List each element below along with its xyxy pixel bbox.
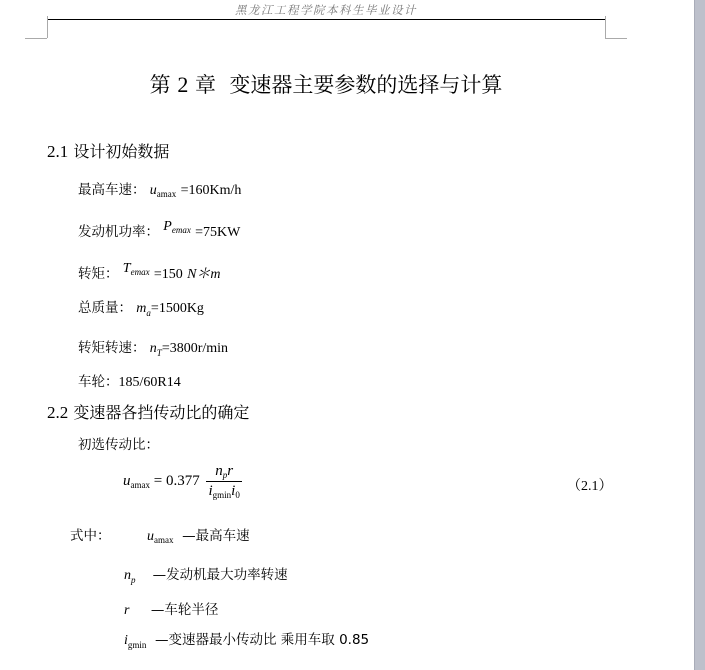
param-subscript: T <box>157 348 162 358</box>
formula-numerator: npr <box>206 463 241 482</box>
formula-lhs-subscript: amax <box>131 480 151 490</box>
param-total-mass: 总质量： ma=1500Kg <box>78 296 204 317</box>
param-value: =150 <box>154 267 183 282</box>
param-symbol: P <box>163 219 172 234</box>
param-value: 185/60R14 <box>119 375 181 390</box>
formula-denominator: igmini0 <box>206 482 241 500</box>
param-value: =75KW <box>195 225 240 240</box>
intro-text: 初选传动比： <box>78 433 159 453</box>
param-engine-power: 发动机功率： Pemax =75KW <box>78 220 240 241</box>
chapter-number: 2 <box>177 72 188 97</box>
section-heading-2-2: 2.2 变速器各挡传动比的确定 <box>47 400 249 423</box>
definition-subscript: p <box>131 575 136 585</box>
margin-corner-mark-right <box>605 38 627 39</box>
param-label: 总质量： <box>78 300 132 316</box>
margin-corner-mark-left <box>25 38 47 39</box>
param-subscript: emax <box>172 225 191 235</box>
section-number: 2.2 <box>47 403 68 422</box>
param-symbol: u <box>150 183 157 198</box>
definition-symbol: n <box>124 568 131 583</box>
chapter-prefix: 第 <box>150 73 171 97</box>
where-label: 式中： <box>70 524 111 544</box>
chapter-suffix: 章 <box>195 73 216 97</box>
formula-coefficient: = 0.377 <box>154 473 200 489</box>
param-label: 转矩： <box>78 266 119 282</box>
param-unit: N＊m <box>187 267 220 282</box>
param-torque-speed: 转矩转速： nT=3800r/min <box>78 336 228 357</box>
numerator-n-sub: p <box>223 470 228 480</box>
param-label: 最高车速： <box>78 182 146 198</box>
definition-subscript: amax <box>154 535 174 545</box>
numerator-n: n <box>215 463 223 479</box>
header-rule <box>47 19 605 20</box>
denominator-i-gmin: i <box>208 483 212 499</box>
param-label: 转矩转速： <box>78 340 146 356</box>
definition-symbol: r <box>124 603 129 618</box>
formula-fraction: npr igmini0 <box>206 463 241 500</box>
param-label: 车轮： <box>78 374 119 390</box>
margin-corner-mark-left <box>47 16 48 38</box>
param-value: =1500Kg <box>151 301 204 316</box>
definition-i-gmin: igmin —变速器最小传动比 乘用车取 0.85 <box>124 628 369 649</box>
definition-text: —发动机最大功率转速 <box>153 567 288 583</box>
definition-text: —最高车速 <box>182 528 250 544</box>
definition-r: r —车轮半径 <box>124 598 218 619</box>
param-subscript: emax <box>131 267 150 277</box>
denominator-i0-sub: 0 <box>235 490 240 500</box>
param-symbol: n <box>150 341 157 356</box>
section-title: 变速器各挡传动比的确定 <box>73 403 249 422</box>
running-header: 黑龙江工程学院本科生毕业设计 <box>0 2 652 18</box>
section-number: 2.1 <box>47 142 68 161</box>
document-page: 黑龙江工程学院本科生毕业设计 第 2 章 变速器主要参数的选择与计算 2.1 设… <box>0 0 694 670</box>
definition-n-p: np —发动机最大功率转速 <box>124 563 288 584</box>
definition-text: —车轮半径 <box>151 602 219 618</box>
definition-subscript: gmin <box>128 640 147 650</box>
definition-text: —变速器最小传动比 乘用车取 0.85 <box>155 632 369 648</box>
section-title: 设计初始数据 <box>73 142 169 161</box>
section-heading-2-1: 2.1 设计初始数据 <box>47 139 169 162</box>
margin-corner-mark-right <box>605 16 606 38</box>
definition-symbol: u <box>147 529 154 544</box>
param-max-speed: 最高车速： uamax =160Km/h <box>78 178 241 199</box>
param-subscript: amax <box>157 189 177 199</box>
vertical-scrollbar[interactable] <box>694 0 705 670</box>
param-value: =160Km/h <box>181 183 242 198</box>
chapter-title-text: 变速器主要参数的选择与计算 <box>229 73 502 97</box>
denominator-i-gmin-sub: gmin <box>213 490 232 500</box>
chapter-title: 第 2 章 变速器主要参数的选择与计算 <box>0 69 652 99</box>
numerator-r: r <box>227 463 233 479</box>
param-label: 发动机功率： <box>78 224 159 240</box>
equation-number: （2.1） <box>567 475 613 495</box>
definition-u-amax: uamax —最高车速 <box>147 524 250 545</box>
param-value: =3800r/min <box>162 341 228 356</box>
param-symbol: T <box>123 261 131 276</box>
param-torque: 转矩： Temax =150 N＊m <box>78 262 221 283</box>
formula-lhs-symbol: u <box>123 473 131 489</box>
param-wheel: 车轮：185/60R14 <box>78 370 181 391</box>
formula-2-1: uamax = 0.377 npr igmini0 <box>123 463 242 500</box>
param-symbol: m <box>136 301 146 316</box>
param-subscript: a <box>146 308 151 318</box>
